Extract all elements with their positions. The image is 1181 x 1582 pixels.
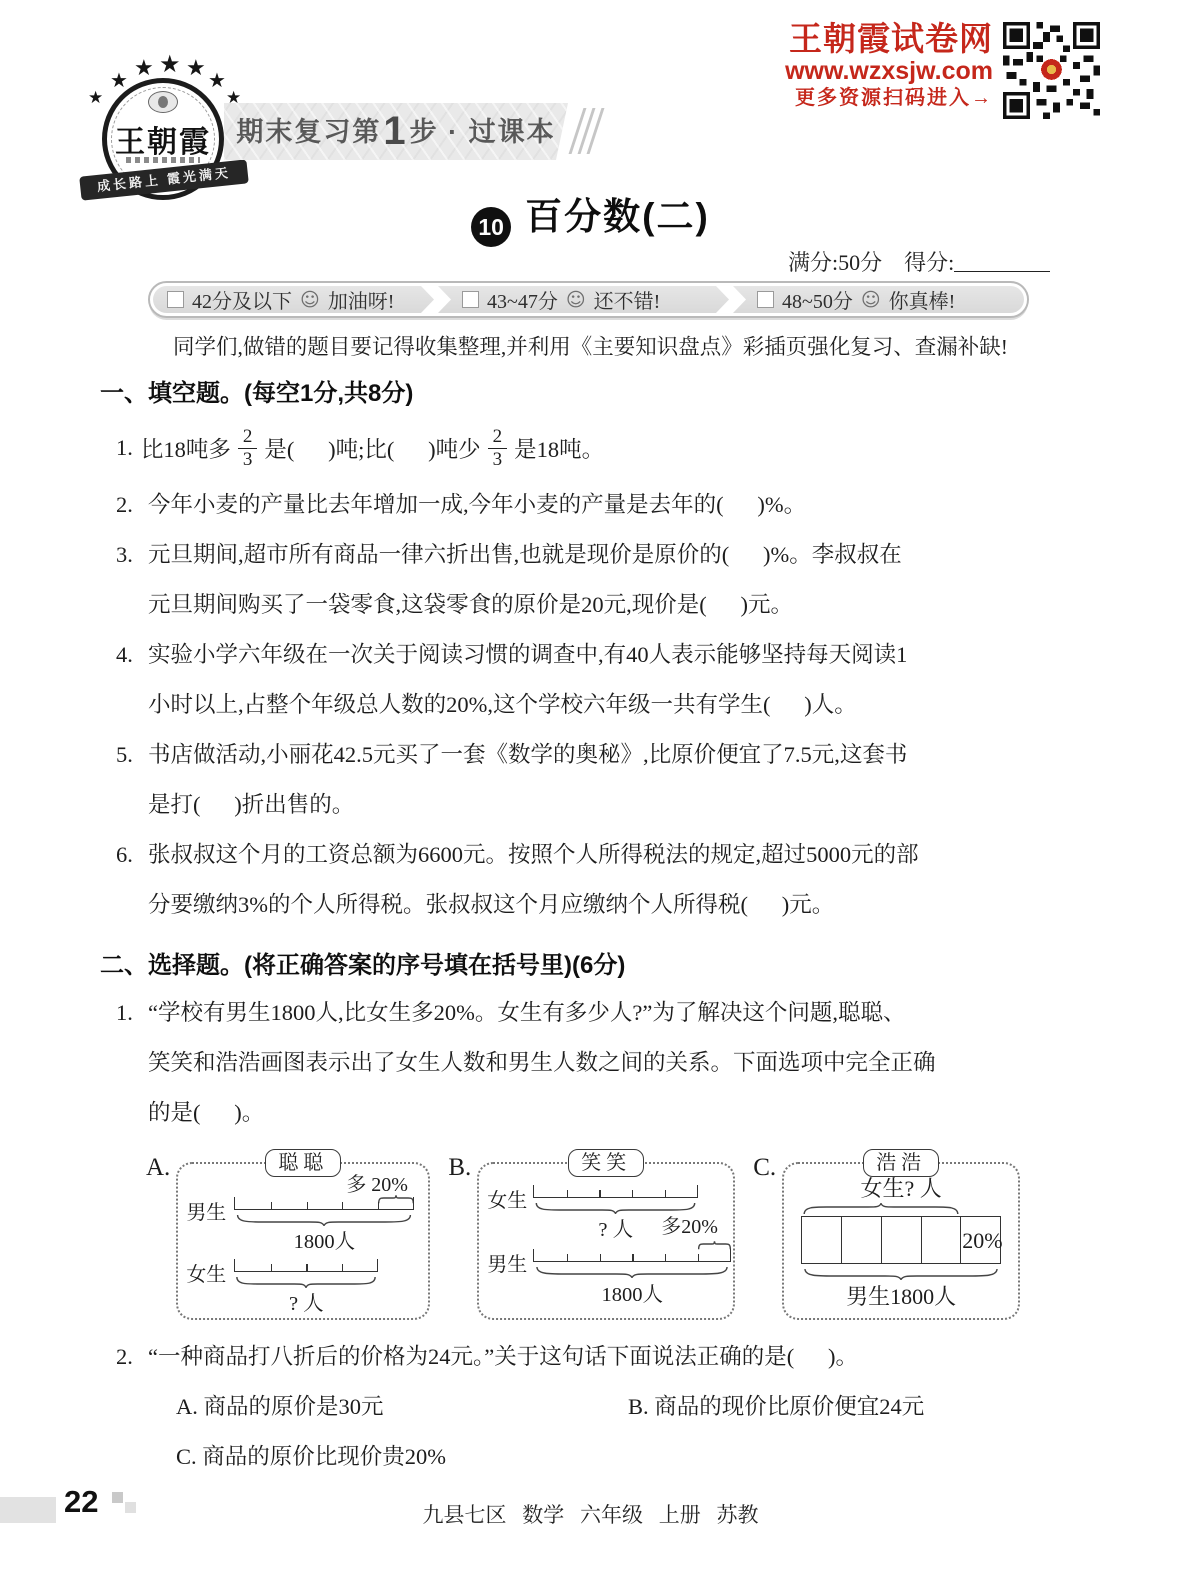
range-comment: 加油呀! <box>328 285 395 314</box>
question-number: 6. <box>116 830 133 880</box>
checkbox[interactable] <box>167 291 184 308</box>
fraction: 23 <box>238 426 258 471</box>
logo-portrait <box>148 91 178 113</box>
smiley-icon: ☺ <box>861 289 881 311</box>
tape-bar-boys <box>234 1197 414 1210</box>
bar-label: 女生 <box>487 1184 527 1213</box>
diagram-option-c: C. 浩浩 女生? 人 20% 男生1800人 <box>753 1148 1020 1320</box>
star-icon: ★ <box>134 55 154 81</box>
logo-small-text <box>126 157 200 163</box>
fill-question-2: 2. 今年小麦的产量比去年增加一成,今年小麦的产量是去年的( )%。 <box>148 480 1082 530</box>
range-comment: 还不错! <box>594 285 661 314</box>
girls-label: 女生? 人 <box>784 1172 1018 1203</box>
bar-label: 男生 <box>186 1196 226 1225</box>
header-banner: 期末复习第1步 · 过课本 <box>224 103 568 160</box>
bar-label: 男生 <box>487 1248 527 1277</box>
tape-bar-girls <box>533 1185 698 1198</box>
logo-name: 王朝霞 <box>107 117 219 161</box>
overbrace <box>801 1202 961 1214</box>
bar-value: ? 人 <box>234 1286 378 1316</box>
range-label: 48~50分 <box>782 285 853 314</box>
choice-question-1: 1. “学校有男生1800人,比女生多20%。女生有多少人?”为了解决这个问题,… <box>148 988 1082 1138</box>
star-icon: ★ <box>110 68 128 93</box>
qr-code-icon <box>1003 22 1100 119</box>
diagram-title-chip: 笑笑 <box>568 1149 644 1177</box>
study-tip-note: 同学们,做错的题目要记得收集整理,并利用《主要知识盘点》彩插页强化复习、查漏补缺… <box>0 330 1181 361</box>
checkbox[interactable] <box>462 291 479 308</box>
brand-site-name: 王朝霞试卷网 <box>775 22 993 57</box>
star-icon: ★ <box>208 68 226 93</box>
overbrace <box>698 1237 731 1246</box>
boys-label: 男生1800人 <box>784 1280 1018 1311</box>
fill-question-3: 3. 元旦期间,超市所有商品一律六折出售,也就是现价是原价的( )%。李叔叔在 … <box>148 530 1082 630</box>
smiley-icon: ☺ <box>300 289 320 311</box>
range-label: 43~47分 <box>487 285 558 314</box>
brand-tagline: 更多资源扫码进入→ <box>775 85 993 111</box>
fill-question-4: 4. 实验小学六年级在一次关于阅读习惯的调查中,有40人表示能够坚持每天阅读1 … <box>148 630 1082 730</box>
option-letter: A. <box>146 1154 170 1182</box>
checkbox[interactable] <box>757 291 774 308</box>
fill-question-5: 5. 书店做活动,小丽花42.5元买了一套《数学的奥秘》,比原价便宜了7.5元,… <box>148 730 1082 830</box>
score-range-high: 48~50分 ☺ 你真棒! <box>733 286 1024 313</box>
question-number: 2. <box>116 1332 133 1382</box>
more-20pct-label: 多20% <box>661 1210 718 1239</box>
star-icon: ★ <box>88 88 103 108</box>
fill-question-6: 6. 张叔叔这个月的工资总额为6600元。按照个人所得税法的规定,超过5000元… <box>148 830 1082 930</box>
score-blank[interactable] <box>954 252 1050 272</box>
choice-question-2: 2. “一种商品打八折后的价格为24元。”关于这句话下面说法正确的是( )。 <box>148 1332 1082 1382</box>
exam-page: 王朝霞试卷网 www.wzxsjw.com 更多资源扫码进入→ <box>0 0 1181 1582</box>
diagram-option-b: B. 笑笑 女生 ? 人 多20% 男生 1800人 <box>448 1148 735 1320</box>
bar-label: 女生 <box>186 1258 226 1287</box>
banner-text-pre: 期末复习第 <box>236 117 381 147</box>
question-number: 1. <box>116 435 133 461</box>
underbrace <box>533 1265 731 1277</box>
question-number: 5. <box>116 730 133 780</box>
section2-heading: 二、选择题。(将正确答案的序号填在括号里)(6分) <box>100 944 1082 988</box>
banner-text-post: 步 · 过课本 <box>410 117 556 147</box>
choice1-diagrams: A. 聪聪 多 20% 男生 1800人 女生 ? 人 B. <box>146 1148 1082 1320</box>
page-title: 百分数(二) <box>525 196 710 237</box>
lesson-number-badge: 10 <box>471 207 511 247</box>
footer-caption: 九县七区 数学 六年级 上册 苏教 <box>0 1499 1181 1529</box>
cell-20pct-label: 20% <box>962 1228 1002 1254</box>
bar-value: 1800人 <box>234 1224 414 1254</box>
choice2-option-b: B. 商品的现价比原价便宜24元 <box>628 1382 924 1432</box>
banner-slashes <box>572 106 606 158</box>
diagram-title-chip: 聪聪 <box>265 1149 341 1177</box>
option-letter: B. <box>448 1154 471 1182</box>
range-comment: 你真棒! <box>889 285 956 314</box>
smiley-icon: ☺ <box>566 289 586 311</box>
score-range-bar: 42分及以下 ☺ 加油呀! 43~47分 ☺ 还不错! 48~50分 ☺ 你真棒… <box>148 281 1029 318</box>
option-letter: C. <box>753 1154 776 1182</box>
star-icon: ★ <box>159 50 181 79</box>
score-range-mid: 43~47分 ☺ 还不错! <box>438 286 729 313</box>
question-number: 2. <box>116 480 133 530</box>
underbrace <box>801 1267 1001 1279</box>
tape-bar-boys <box>533 1249 731 1262</box>
fraction: 23 <box>488 426 508 471</box>
question-number: 4. <box>116 630 133 680</box>
choice2-option-a: A. 商品的原价是30元 <box>176 1382 628 1432</box>
brand-site-url: www.wzxsjw.com <box>775 57 993 86</box>
question-number: 1. <box>116 988 133 1038</box>
banner-step-number: 1 <box>381 109 409 153</box>
choice2-option-c: C. 商品的原价比现价贵20% <box>176 1432 446 1482</box>
score-line: 满分:50分得分: <box>788 246 1050 277</box>
score-range-low: 42分及以下 ☺ 加油呀! <box>153 286 434 313</box>
score-label: 得分: <box>904 250 954 275</box>
bar-value: 1800人 <box>533 1277 731 1307</box>
diagram-option-a: A. 聪聪 多 20% 男生 1800人 女生 ? 人 <box>146 1148 430 1320</box>
range-label: 42分及以下 <box>192 285 292 314</box>
full-score-label: 满分:50分 <box>788 250 882 275</box>
tape-bar-girls <box>234 1259 378 1272</box>
fill-question-1: 1. 比18吨多 23 是( )吨;比( )吨少 23 是18吨。 <box>148 416 1082 480</box>
question-number: 3. <box>116 530 133 580</box>
brand-block: 王朝霞试卷网 www.wzxsjw.com 更多资源扫码进入→ <box>775 22 1100 119</box>
star-icon: ★ <box>186 55 206 81</box>
section1-heading: 一、填空题。(每空1分,共8分) <box>100 372 1082 416</box>
